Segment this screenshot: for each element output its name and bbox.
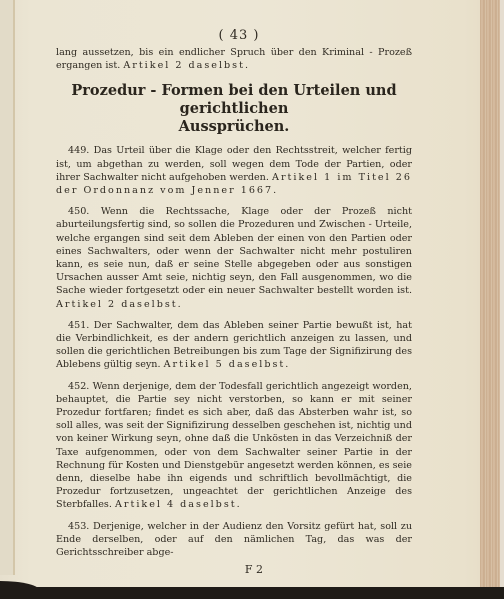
intro-paragraph: lang aussetzen, bis ein endlicher Spruch… [56,46,412,72]
intro-citation: Artikel 2 daselbst. [123,60,250,71]
section-heading-line-2: Aussprüchen. [56,118,412,136]
signature-mark: F 2 [56,563,412,576]
paragraph-450: 450. Wenn die Rechtssache, Klage oder de… [56,205,412,311]
paragraph-text: Derjenige, welcher in der Audienz den Vo… [56,521,412,558]
paragraph-number: 451. [56,320,89,331]
paragraph-citation: Artikel 5 daselbst. [164,359,291,370]
paragraph-number: 449. [56,145,89,156]
paragraph-citation: Artikel 4 daselbst. [115,499,242,510]
page-content: ( 43 ) lang aussetzen, bis ein endlicher… [56,28,412,576]
section-heading-line-1: Prozedur - Formen bei den Urteilen und g… [56,82,412,118]
paragraph-text: Wenn die Rechtssache, Klage oder der Pro… [56,206,412,296]
paragraph-number: 450. [56,206,89,217]
paragraph-452: 452. Wenn derjenige, dem der Todesfall g… [56,380,412,512]
gutter-line [13,0,15,575]
bottom-shadow [0,587,504,599]
binding-strip [0,0,13,575]
page-number: ( 43 ) [56,28,412,43]
paragraph-451: 451. Der Sachwalter, dem das Ableben sei… [56,319,412,372]
page-edge-highlight [500,0,504,588]
paragraph-number: 453. [56,521,89,532]
paragraph-number: 452. [56,381,89,392]
paragraph-text: Wenn derjenige, dem der Todesfall gerich… [56,381,412,511]
paragraph-449: 449. Das Urteil über die Klage oder den … [56,144,412,197]
book-page: ( 43 ) lang aussetzen, bis ein endlicher… [0,0,504,588]
section-heading: Prozedur - Formen bei den Urteilen und g… [56,82,412,136]
paragraph-citation: Artikel 2 daselbst. [56,299,183,310]
paragraph-453: 453. Derjenige, welcher in der Audienz d… [56,520,412,560]
